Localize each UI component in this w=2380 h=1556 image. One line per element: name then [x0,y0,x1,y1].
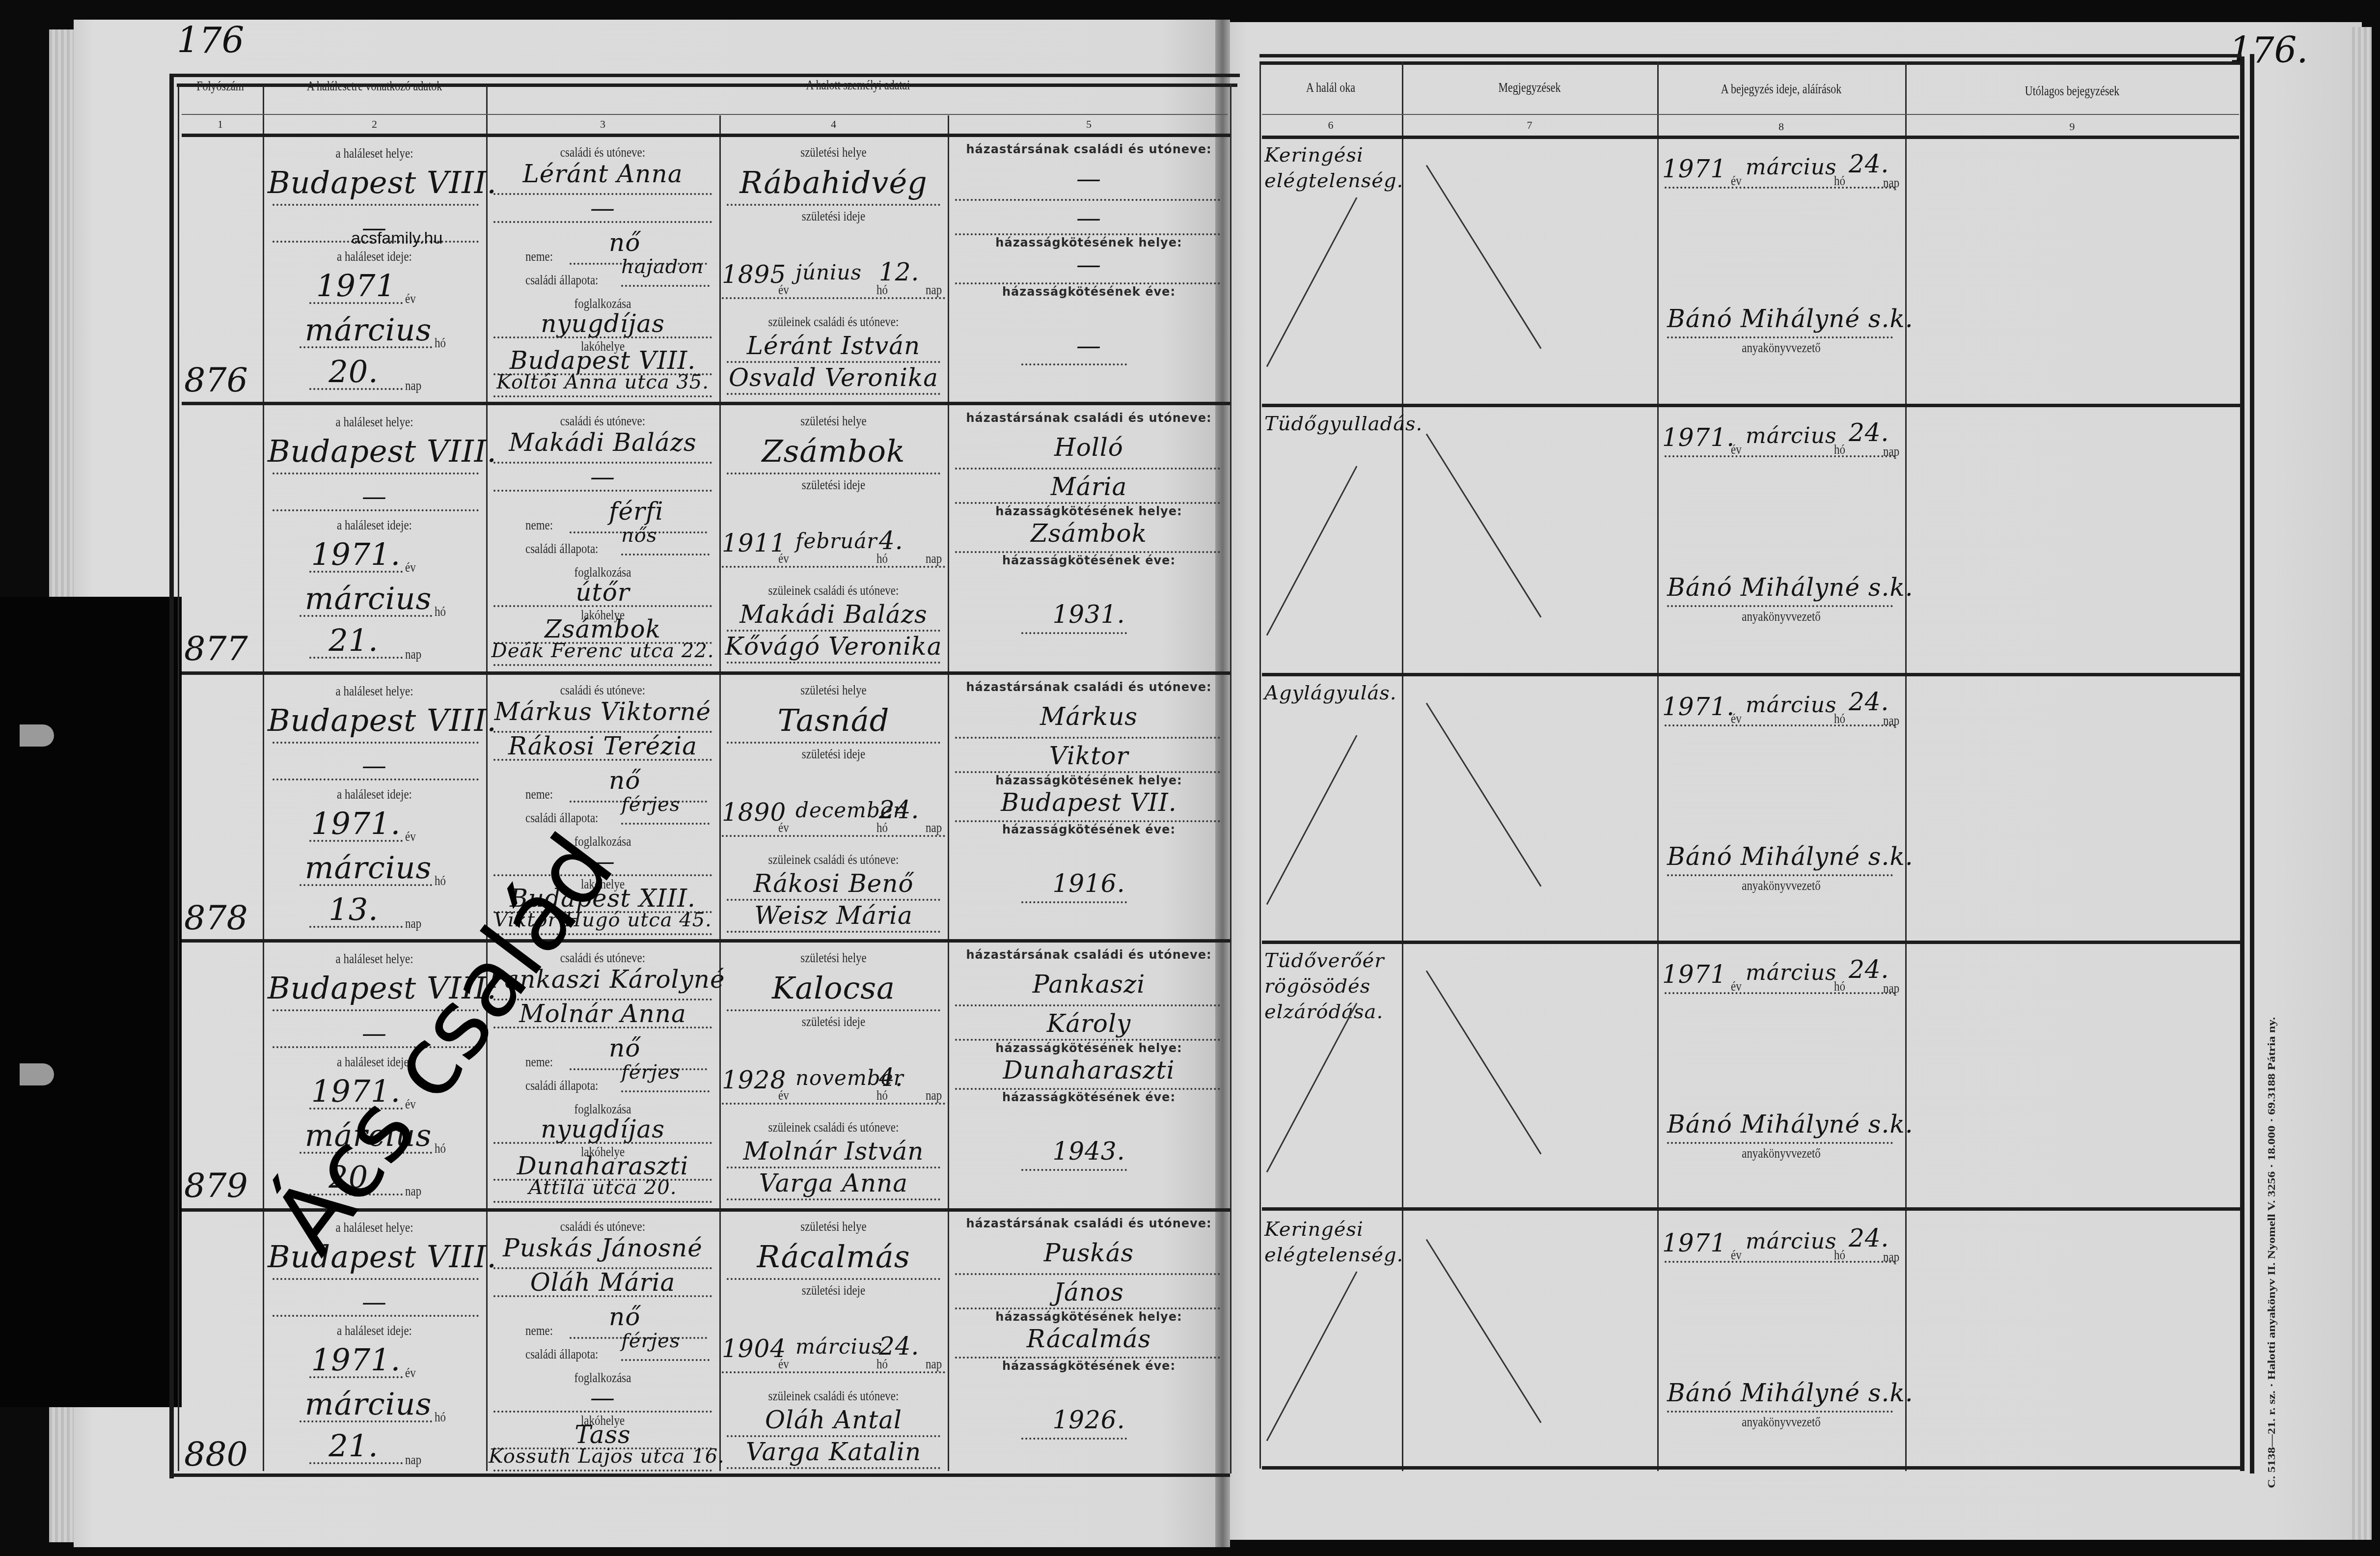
colnum-6: 6 [1259,119,1402,132]
registration-month: március [1746,423,1837,448]
death-place: Budapest VIII. [268,1239,481,1275]
name-label: családi és utóneve: [504,145,702,160]
dotted-line [722,1371,945,1373]
dotted-line [1667,874,1893,876]
dotted-line [727,662,940,664]
marital-label: családi állapota: [525,541,598,556]
death-month: március [295,581,442,616]
ev-label: év [778,820,789,835]
marital-status: nős [621,524,657,547]
spouse-label: házastársának családi és utóneve: [950,680,1228,694]
deceased-name: Makádi Balázs [489,428,717,457]
header-col7: Megjegyzések [1402,80,1657,96]
dotted-line [273,509,479,511]
marriage-place-label: házasságkötésének helye: [950,1041,1228,1055]
dotted-line [955,551,1220,553]
marriage-year-label: házasságkötésének éve: [950,823,1228,836]
marriage-year-label: házasságkötésének éve: [950,285,1228,299]
registrar-label: anyakönyvvezető [1676,609,1887,624]
birth-place: Zsámbok [722,433,945,469]
occupation: — [489,1384,717,1412]
spouse-surname: Puskás [953,1239,1225,1267]
birth-year: 1928 [722,1066,786,1094]
dotted-line [722,835,945,837]
father-name: Léránt István [722,332,945,360]
death-time-label: a haláleset ideje: [279,249,469,264]
dotted-line [727,1198,940,1200]
spouse-label: házastársának családi és utóneve: [950,411,1228,425]
registration-year: 1971 [1662,1229,1726,1257]
page-number-left: 176 [177,20,244,61]
marriage-place-label: házasságkötésének helye: [950,1310,1228,1324]
dotted-line [309,388,403,390]
cancel-stroke-col6 [1266,735,1358,905]
spouse-given-name: — [953,204,1225,232]
birth-year: 1904 [722,1334,786,1363]
nap-label: nap [926,282,942,298]
marriage-place: Budapest VII. [953,788,1225,817]
father-name: Oláh Antal [722,1406,945,1434]
dotted-line [621,554,710,556]
cancel-stroke-col7 [1426,971,1542,1155]
birth-month: február [795,529,877,553]
dotted-line [722,1103,945,1105]
colnum-2: 2 [263,118,486,131]
death-place: Budapest VIII. [268,165,481,200]
dotted-line [493,221,712,223]
registrar-label: anyakönyvvezető [1676,878,1887,893]
birth-time-label: születési ideje [737,1014,930,1029]
death-place: Budapest VIII. [268,433,481,469]
ev-label: év [778,1088,789,1103]
entry-row: 878 a haláleset helye: Budapest VIII. — … [0,673,2380,941]
cancel-stroke-col6 [1266,466,1358,636]
entry-row: 880 a haláleset helye: Budapest VIII. — … [0,1209,2380,1477]
dotted-line [727,899,940,901]
colnum-7: 7 [1402,119,1657,132]
marital-label: családi állapota: [525,1347,598,1362]
birth-place-label: születési helye [737,414,930,429]
birth-year: 1911 [722,529,786,557]
dotted-line [309,1376,403,1378]
death-place-label: a haláleset helye: [279,415,469,430]
marital-status: férjes [621,1061,680,1084]
birth-day: 12. [879,258,920,286]
sex: nő [609,1034,640,1062]
registration-month: március [1746,155,1837,180]
colnum-9: 9 [1905,120,2239,133]
serial-number: 879 [184,1167,248,1205]
dotted-line [493,1142,712,1144]
birth-time-label: születési ideje [737,747,930,762]
parents-label: szüleinek családi és utóneve: [737,314,930,330]
name-label: családi és utóneve: [504,414,702,429]
spouse-surname: — [953,165,1225,193]
serial-number: 877 [184,630,248,668]
cause-of-death: Keringési elégtelenség. [1264,1217,1397,1268]
marital-label: családi állapota: [525,810,598,826]
registrar-label: anyakönyvvezető [1676,340,1887,356]
header-col2: A halálesetre vonatkozó adatok [263,78,486,94]
dotted-line [727,393,940,395]
birth-place-label: születési helye [737,950,930,966]
cause-of-death: Tüdőverőér rögösödés elzáródása. [1264,948,1397,1025]
colnum-8: 8 [1657,120,1905,133]
death-day: 20. [304,354,403,389]
ev-label: év [405,291,416,306]
dotted-line [493,1411,712,1413]
marriage-place-label: házasságkötésének helye: [950,236,1228,250]
header-col345: A halott személyi adatai [486,77,1230,93]
sex-label: neme: [525,787,553,802]
colnum-3: 3 [486,118,719,131]
dotted-line [1021,632,1127,634]
registrar-label: anyakönyvvezető [1676,1146,1887,1161]
marital-status: férjes [621,793,680,816]
address: Deák Ferenc utca 22. [489,639,717,662]
dotted-line [1665,1261,1895,1263]
death-day: 13. [304,891,403,927]
marriage-year: — [953,332,1225,360]
deceased-name-2: — [489,463,717,491]
header-sub-rule [1262,114,2239,115]
birth-place: Rábahidvég [722,165,945,200]
birth-place: Tasnád [722,702,945,738]
sex: nő [609,1303,640,1331]
nap-label: nap [405,1452,421,1468]
dotted-line [1021,1438,1127,1440]
deceased-name: Puskás Jánosné [489,1234,717,1262]
parents-label: szüleinek családi és utóneve: [737,1120,930,1135]
birth-year: 1890 [722,798,786,827]
spouse-surname: Márkus [953,702,1225,731]
header-col9: Utólagos bejegyzések [1905,83,2239,99]
dotted-line [1021,901,1127,903]
registrar-signature: Bánó Mihályné s.k. [1667,573,1914,602]
dotted-line [309,657,403,659]
death-year: 1971. [295,536,417,572]
nap-label: nap [926,1357,942,1372]
marriage-year-label: házasságkötésének éve: [950,1090,1228,1104]
dotted-line [955,233,1220,235]
death-year: 1971 [295,268,417,304]
dotted-line [493,664,712,666]
dotted-line [493,1201,712,1203]
death-month: március [295,850,442,886]
death-place-extra: — [268,482,481,511]
dotted-line [273,742,479,744]
marriage-place: — [953,250,1225,279]
birth-day: 4. [879,1063,903,1092]
birth-place: Kalocsa [722,970,945,1006]
marital-status: hajadon [621,255,704,278]
nap-label: nap [926,1088,942,1103]
spouse-label: házastársának családi és utóneve: [950,142,1228,156]
registration-month: március [1746,693,1837,718]
dotted-line [955,1307,1220,1309]
dotted-line [300,615,432,617]
sex: nő [609,766,640,795]
dotted-line [300,346,432,348]
dotted-line [493,395,712,397]
registration-month: március [1746,1229,1837,1254]
mother-name: Varga Katalin [722,1438,945,1466]
registration-day: 24. [1849,688,1889,716]
ho-label: hó [435,604,446,619]
birth-place-label: születési helye [737,1219,930,1234]
serial-number: 878 [184,899,248,938]
sex-label: neme: [525,518,553,533]
deceased-name: Márkus Viktorné [489,697,717,726]
registrar-signature: Bánó Mihályné s.k. [1667,1110,1914,1139]
death-place-extra: — [268,751,481,780]
ev-label: év [405,829,416,844]
parents-label: szüleinek családi és utóneve: [737,852,930,867]
dotted-line [727,361,940,363]
death-month: március [295,1386,442,1422]
marriage-year-label: házasságkötésének éve: [950,554,1228,567]
deceased-name-2: — [489,194,717,222]
dotted-line [955,737,1220,739]
address: Kossuth Lajos utca 16. [489,1445,717,1468]
death-time-label: a haláleset ideje: [279,1323,469,1338]
table-top-rule-inner [1259,61,2242,65]
cancel-stroke-col6 [1266,197,1358,367]
watermark-site: acsfamily.hu [351,229,442,248]
dotted-line [493,605,712,607]
registration-day: 24. [1849,418,1889,447]
cancel-stroke-col6 [1266,1002,1358,1172]
occupation: útőr [489,578,717,607]
nap-label: nap [405,1184,421,1199]
dotted-line [727,472,940,474]
occupation: nyugdíjas [489,309,717,338]
marital-label: családi állapota: [525,273,598,288]
sex-label: neme: [525,1055,553,1070]
mother-name: Varga Anna [722,1169,945,1197]
birth-month: június [795,260,862,284]
birth-time-label: születési ideje [737,209,930,224]
marriage-place-label: házasságkötésének helye: [950,774,1228,787]
address: Koltói Anna utca 35. [489,371,717,393]
registrar-label: anyakönyvvezető [1676,1415,1887,1430]
registration-day: 24. [1849,955,1889,984]
dotted-line [955,468,1220,470]
dotted-line [621,1359,710,1361]
cause-of-death: Agylágyulás. [1264,680,1397,706]
dotted-line [727,1435,940,1437]
dotted-line [309,1462,403,1464]
parents-label: szüleinek családi és utóneve: [737,1389,930,1404]
name-label: családi és utóneve: [504,683,702,698]
deceased-name: Léránt Anna [489,160,717,188]
birth-place: Rácalmás [722,1239,945,1275]
spouse-given-name: Károly [953,1009,1225,1038]
registration-day: 24. [1849,150,1889,178]
serial-number: 876 [184,361,248,400]
nap-label: nap [926,820,942,835]
ev-label: év [405,560,416,575]
death-year: 1971. [295,806,417,841]
dotted-line [955,1273,1220,1275]
dotted-line [1665,455,1895,457]
dotted-line [273,1315,479,1317]
dotted-line [1021,363,1127,365]
dotted-line [1665,187,1895,189]
registration-year: 1971 [1662,155,1726,183]
marriage-place: Dunaharaszti [953,1056,1225,1084]
ev-label: év [778,1357,789,1372]
dotted-line [1665,724,1895,726]
dotted-line [727,1009,940,1011]
sex-label: neme: [525,1323,553,1338]
colnum-1: 1 [178,118,263,131]
birth-day: 4. [879,527,903,555]
mother-name: Weisz Mária [722,901,945,930]
table-top-rule [1259,54,2242,57]
birth-place-label: születési helye [737,145,930,160]
birth-year: 1895 [722,260,786,289]
dotted-line [621,1090,710,1092]
marital-label: családi állapota: [525,1078,598,1093]
nap-label: nap [405,916,421,931]
dotted-line [621,285,710,287]
deceased-name-2: Rákosi Terézia [489,732,717,760]
sex-label: neme: [525,249,553,264]
dotted-line [955,1039,1220,1041]
sex: nő [609,228,640,257]
birth-time-label: születési ideje [737,1283,930,1298]
spouse-label: házastársának családi és utóneve: [950,948,1228,962]
header-col8: A bejegyzés ideje, aláírások [1657,81,1905,97]
dotted-line [955,1004,1220,1006]
dotted-line [300,1420,432,1422]
ho-label: hó [435,1410,446,1425]
cancel-stroke-col7 [1426,434,1542,618]
header-sub-rule [182,114,1228,115]
dotted-line [727,204,940,206]
dotted-line [1667,605,1893,607]
dotted-line [309,302,403,304]
marriage-year: 1931. [953,600,1225,629]
spouse-surname: Pankaszi [953,970,1225,999]
death-place-label: a haláleset helye: [279,146,469,161]
spouse-given-name: János [953,1278,1225,1306]
registration-month: március [1746,960,1837,985]
father-name: Molnár István [722,1137,945,1166]
marriage-place: Zsámbok [953,519,1225,548]
dotted-line [955,199,1220,201]
dotted-line [493,490,712,492]
nap-label: nap [405,378,421,393]
birth-time-label: születési ideje [737,477,930,493]
death-year: 1971. [295,1342,417,1378]
marriage-year-label: házasságkötésének éve: [950,1359,1228,1373]
spouse-surname: Holló [953,433,1225,462]
mother-name: Osvald Veronika [722,363,945,392]
ev-label: év [778,282,789,298]
dotted-line [722,297,945,299]
dotted-line [493,1295,712,1297]
dotted-line [727,630,940,632]
name-label: családi és utóneve: [504,1219,702,1234]
dotted-line [300,884,432,886]
dotted-line [722,566,945,568]
entry-row: 877 a haláleset helye: Budapest VIII. — … [0,404,2380,671]
birth-day: 24. [879,1332,920,1361]
father-name: Makádi Balázs [722,600,945,629]
registration-year: 1971. [1662,693,1735,721]
death-day: 21. [304,1428,403,1464]
death-day: 21. [304,622,403,658]
marriage-year: 1916. [953,869,1225,898]
mother-name: Kővágó Veronika [722,632,945,661]
spouse-label: házastársának családi és utóneve: [950,1217,1228,1230]
spouse-given-name: Mária [953,472,1225,501]
deceased-name-2: Oláh Mária [489,1268,717,1297]
cause-of-death: Keringési elégtelenség. [1264,142,1397,194]
parents-label: szüleinek családi és utóneve: [737,583,930,598]
marriage-year: 1943. [953,1137,1225,1166]
dotted-line [309,926,403,928]
spouse-given-name: Viktor [953,742,1225,770]
death-time-label: a haláleset ideje: [279,518,469,533]
dotted-line [273,472,479,474]
cancel-stroke-col7 [1426,165,1542,349]
colnum-5: 5 [948,118,1230,131]
dotted-line [493,1470,712,1472]
dotted-line [273,204,479,206]
dotted-line [1667,1142,1893,1144]
dotted-line [493,1027,712,1028]
dotted-line [955,282,1220,284]
dotted-line [621,823,710,825]
birth-month: március [795,1334,883,1359]
colnum-4: 4 [719,118,948,131]
death-time-label: a haláleset ideje: [279,787,469,802]
serial-number: 880 [184,1435,248,1474]
dotted-line [1021,1169,1127,1171]
ho-label: hó [435,873,446,889]
marital-status: férjes [621,1330,680,1352]
dotted-line [955,820,1220,822]
cancel-stroke-col7 [1426,1239,1542,1423]
marriage-place-label: házasságkötésének helye: [950,504,1228,518]
header-col6: A halál oka [1259,80,1402,96]
dotted-line [309,571,403,573]
occupation: nyugdíjas [489,1115,717,1143]
cause-of-death: Tüdőgyulladás. [1264,411,1397,437]
registration-year: 1971 [1662,960,1726,989]
entry-row: 876 a haláleset helye: Budapest VIII. — … [0,135,2380,403]
death-month: március [295,312,442,348]
header-col1: Folyószám [178,78,263,94]
dotted-line [1667,1411,1893,1413]
death-place: Budapest VIII. [268,702,481,738]
ev-label: év [778,551,789,566]
address: Attila utca 20. [489,1176,717,1199]
dotted-line [309,840,403,842]
marriage-year: 1926. [953,1406,1225,1434]
nap-label: nap [405,647,421,662]
registrar-signature: Bánó Mihályné s.k. [1667,305,1914,333]
registration-day: 24. [1849,1224,1889,1252]
birth-place-label: születési helye [737,683,930,698]
dotted-line [1667,336,1893,338]
dotted-line [727,1467,940,1469]
registration-year: 1971. [1662,423,1735,452]
dotted-line [1665,992,1895,994]
